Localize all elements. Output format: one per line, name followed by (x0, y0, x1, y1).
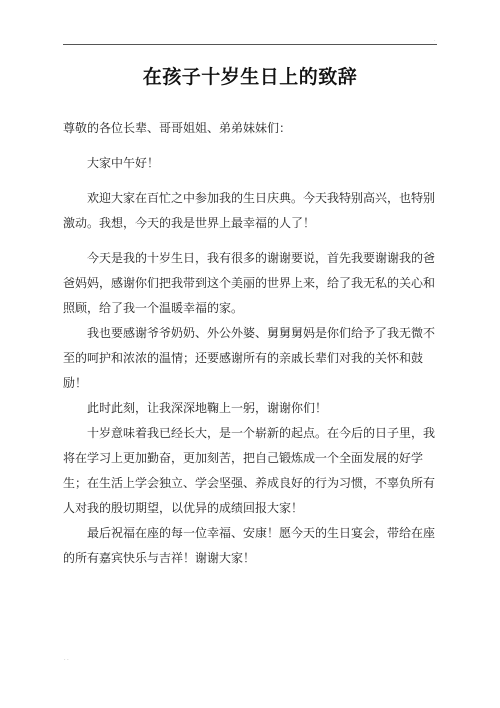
header-mark: · (434, 38, 436, 44)
salutation: 尊敬的各位长辈、哥哥姐姐、弟弟妹妹们： (63, 116, 443, 141)
header-rule (63, 44, 437, 45)
paragraph-bow: 此时此刻，让我深深地鞠上一躬，谢谢你们！ (63, 396, 443, 421)
paragraph-thanks-relatives: 我也要感谢爷爷奶奶、外公外婆、舅舅舅妈是你们给予了我无微不至的呵护和浓浓的温情；… (63, 321, 443, 396)
paragraph-welcome: 欢迎大家在百忙之中参加我的生日庆典。今天我特别高兴，也特别激动。我想，今天的我是… (63, 186, 443, 236)
paragraph-future: 十岁意味着我已经长大，是一个崭新的起点。在今后的日子里，我将在学习上更加勤奋，更… (63, 421, 443, 521)
document-title: 在孩子十岁生日上的致辞 (0, 62, 500, 89)
footer-mark: · · (64, 657, 69, 663)
document-body: 尊敬的各位长辈、哥哥姐姐、弟弟妹妹们： 大家中午好！ 欢迎大家在百忙之中参加我的… (63, 116, 443, 571)
paragraph-thanks-parents: 今天是我的十岁生日，我有很多的谢谢要说，首先我要谢谢我的爸爸妈妈，感谢你们把我带… (63, 246, 443, 321)
paragraph-greeting: 大家中午好！ (63, 151, 443, 176)
paragraph-closing: 最后祝福在座的每一位幸福、安康！愿今天的生日宴会，带给在座的所有嘉宾快乐与吉祥！… (63, 521, 443, 571)
